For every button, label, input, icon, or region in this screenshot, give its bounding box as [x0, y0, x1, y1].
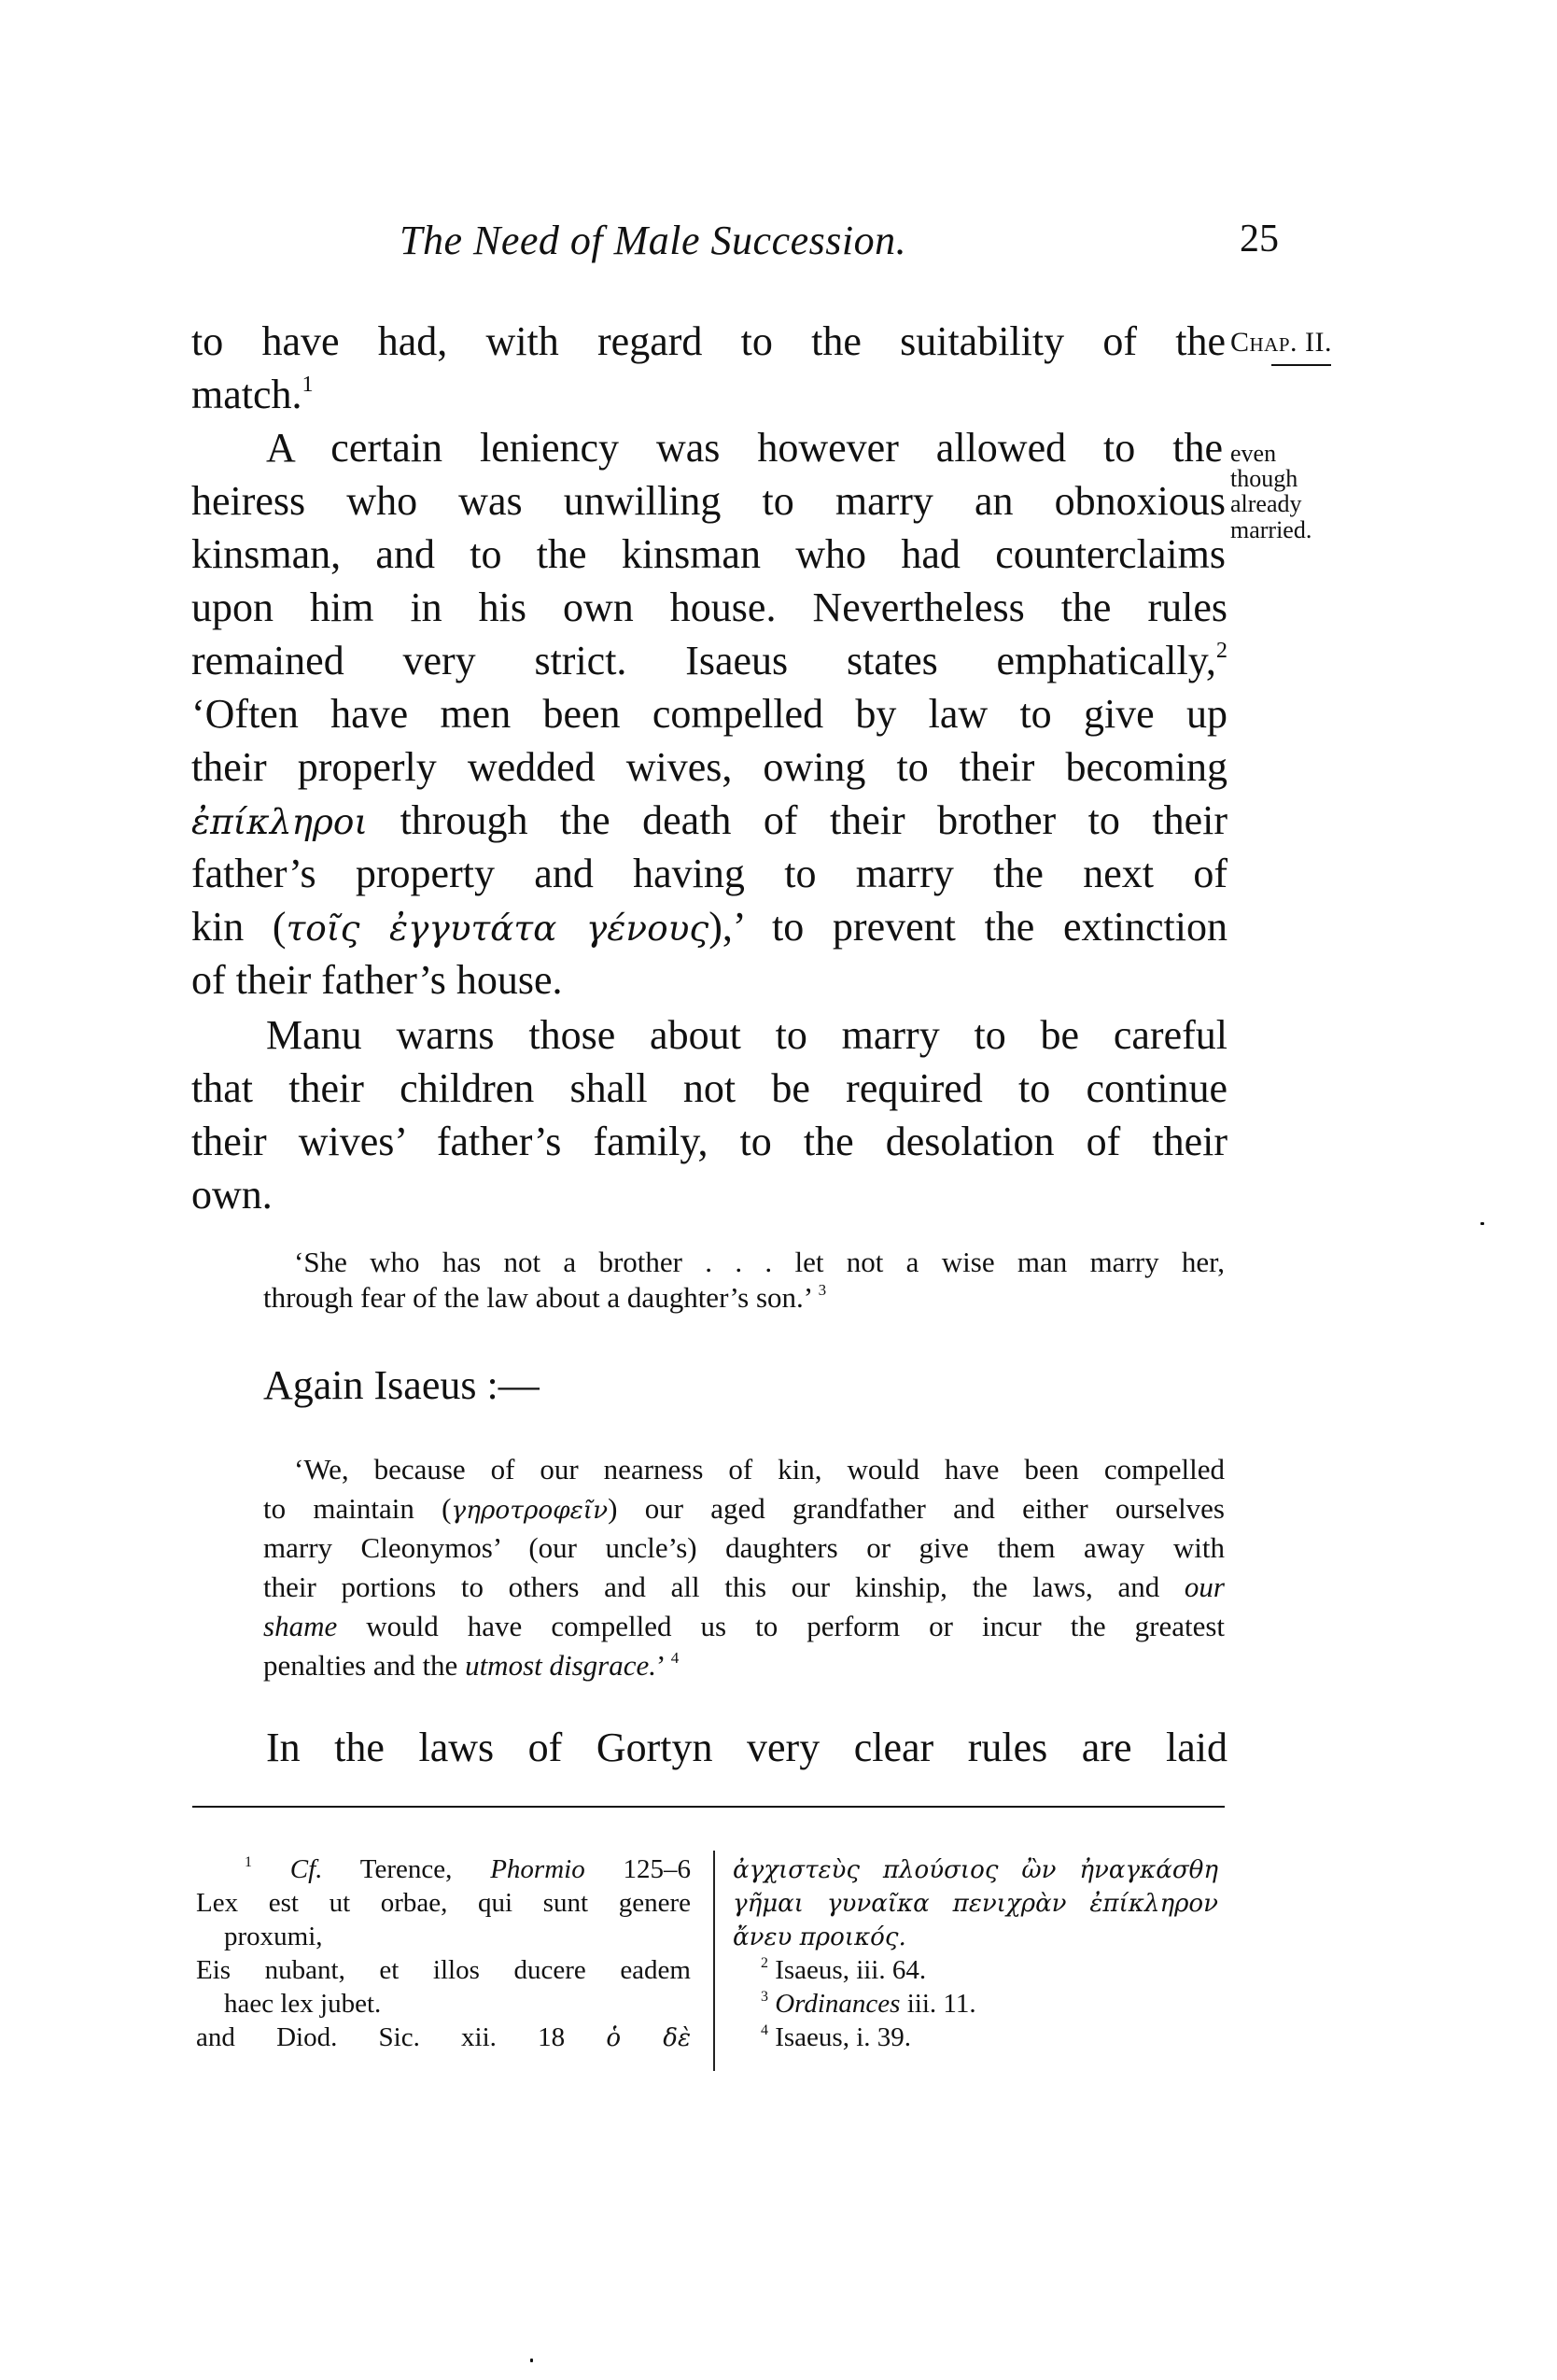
quote-text: to maintain ( [263, 1492, 451, 1525]
footnote-ref[interactable]: 3 [819, 1281, 827, 1299]
quote-line: through fear of the law about a daughter… [263, 1280, 1225, 1316]
footnote-column-divider [713, 1851, 715, 2071]
footnote-text: Terence, [360, 1854, 453, 1884]
body-line: father’s property and having to marry th… [191, 847, 1227, 900]
body-text: through the death of their brother to th… [400, 797, 1227, 843]
page-number: 25 [1240, 217, 1279, 261]
footnote-greek-line: ἄνευ προικός. [733, 1920, 1218, 1954]
footnote-number: 2 [761, 1955, 768, 1971]
footnote-verse-line: haec lex jubet. [224, 1987, 691, 2021]
quote-line: marry Cleonymos’ (our uncle’s) daughters… [263, 1530, 1225, 1566]
body-line: their wives’ father’s family, to the des… [191, 1115, 1227, 1168]
footnote-text: and Diod. Sic. xii. 18 [196, 2022, 565, 2052]
margin-chapter-label: Chap. II. [1230, 327, 1332, 359]
margin-note-line: married. [1230, 518, 1312, 542]
greek-term: ἐπίκληροι [191, 801, 368, 842]
footnote-verse-line: Lex est ut orbae, qui sunt genere [196, 1886, 691, 1920]
margin-note-line: even [1230, 442, 1276, 466]
quote-text: would have compelled us to perform or in… [366, 1610, 1225, 1642]
footnote-2: 2 Isaeus, iii. 64. [761, 1953, 1218, 1987]
footnote-number: 3 [761, 1989, 768, 2005]
quote-text: their portions to others and all this ou… [263, 1570, 1159, 1603]
footnote-ref[interactable]: 1 [302, 372, 314, 397]
body-text: ),’ to prevent the extinction [708, 904, 1227, 950]
body-line: kinsman, and to the kinsman who had coun… [191, 528, 1226, 581]
scan-speck [530, 2359, 533, 2362]
body-line: ἐπίκληροι through the death of their bro… [191, 794, 1227, 849]
footnote-greek-line: γῆμαι γυναῖκα πενιχρὰν ἐπίκληρον [733, 1886, 1218, 1921]
footnote-4: 4 Isaeus, i. 39. [761, 2021, 1218, 2054]
scan-speck [1480, 1222, 1484, 1225]
quote-text: ) our aged grandfather and either oursel… [608, 1492, 1225, 1525]
footnote-work-title: Phormio [490, 1854, 585, 1884]
body-line: their properly wedded wives, owing to th… [191, 740, 1227, 794]
quote-text: penalties and the [263, 1649, 457, 1682]
body-text: remained very strict. Isaeus states emph… [191, 638, 1216, 683]
footnote-text: 125–6 [624, 1854, 692, 1884]
body-line: that their children shall not be require… [191, 1062, 1227, 1115]
footnote-rule [192, 1806, 1225, 1808]
margin-note-line: already [1230, 492, 1302, 516]
body-text: kin ( [191, 904, 287, 950]
body-line: Again Isaeus :— [263, 1359, 1010, 1412]
greek-term: γῆμαι γυναῖκα πενιχρὰν ἐπίκληρον [733, 1890, 1218, 1918]
footnote-text: Isaeus, iii. 64. [775, 1955, 926, 1985]
body-line: remained very strict. Isaeus states emph… [191, 634, 1227, 687]
quote-line: penalties and the utmost disgrace.’ 4 [263, 1648, 1225, 1683]
body-text: match. [191, 372, 302, 417]
quote-text: through fear of the law about a daughter… [263, 1281, 811, 1314]
body-line: heiress who was unwilling to marry an ob… [191, 474, 1226, 528]
greek-term: ὁ δὲ [606, 2024, 691, 2052]
quote-line: ‘We, because of our nearness of kin, wou… [294, 1452, 1225, 1487]
footnote-greek-line: ἀγχιστεὺς πλούσιος ὢν ἠναγκάσθη [733, 1852, 1218, 1887]
quote-emphasis: shame [263, 1610, 337, 1642]
footnote-ref[interactable]: 4 [671, 1649, 680, 1667]
body-line: ‘Often have men been compelled by law to… [191, 687, 1227, 740]
footnote-work-title: Ordinances [775, 1989, 900, 2019]
body-line: own. [191, 1168, 1227, 1221]
margin-note-line: though [1230, 467, 1297, 491]
footnote-verse-line: proxumi, [224, 1920, 691, 1953]
body-line: Manu warns those about to marry to be ca… [266, 1008, 1227, 1062]
footnote-3: 3 Ordinances iii. 11. [761, 1987, 1218, 2021]
body-line: upon him in his own house. Nevertheless … [191, 581, 1227, 634]
footnote-verse-line: Eis nubant, et illos ducere eadem [196, 1953, 691, 1987]
footnote-number: 1 [245, 1854, 252, 1870]
body-line: kin (τοῖς ἐγγυτάτα γένους),’ to prevent … [191, 900, 1227, 955]
quote-emphasis: utmost disgrace. [465, 1649, 656, 1682]
body-line: of their father’s house. [191, 953, 1227, 1007]
running-title: The Need of Male Succession. [400, 217, 906, 264]
greek-term: ἄνευ προικός. [733, 1923, 906, 1951]
footnote-1: 1 Cf. Terence, Phormio 125–6 [245, 1852, 691, 1886]
quote-line: shame would have compelled us to perform… [263, 1609, 1225, 1644]
footnote-text: iii. 11. [907, 1989, 976, 2019]
body-line: A certain leniency was however allowed t… [266, 421, 1223, 474]
body-line: to have had, with regard to the suitabil… [191, 315, 1226, 368]
quote-line: their portions to others and all this ou… [263, 1570, 1225, 1605]
greek-term: τοῖς ἐγγυτάτα γένους [287, 908, 709, 949]
footnote-cf: Cf. [290, 1854, 323, 1884]
quote-emphasis: our [1185, 1570, 1225, 1603]
body-line: match.1 [191, 368, 1227, 421]
quote-line: to maintain (γηροτροφεῖν) our aged grand… [263, 1491, 1225, 1528]
greek-term: ἀγχιστεὺς πλούσιος ὢν ἠναγκάσθη [733, 1856, 1218, 1884]
body-line: In the laws of Gortyn very clear rules a… [266, 1721, 1227, 1774]
footnote-number: 4 [761, 2022, 768, 2038]
quote-line: ‘She who has not a brother . . . let not… [294, 1245, 1225, 1280]
margin-chapter-rule [1271, 364, 1331, 366]
footnote-line: and Diod. Sic. xii. 18 ὁ δὲ [196, 2021, 691, 2055]
quote-text: ’ [656, 1649, 664, 1682]
footnote-ref[interactable]: 2 [1216, 638, 1227, 663]
footnote-text: Isaeus, i. 39. [775, 2022, 911, 2052]
greek-term: γηροτροφεῖν [451, 1497, 608, 1525]
